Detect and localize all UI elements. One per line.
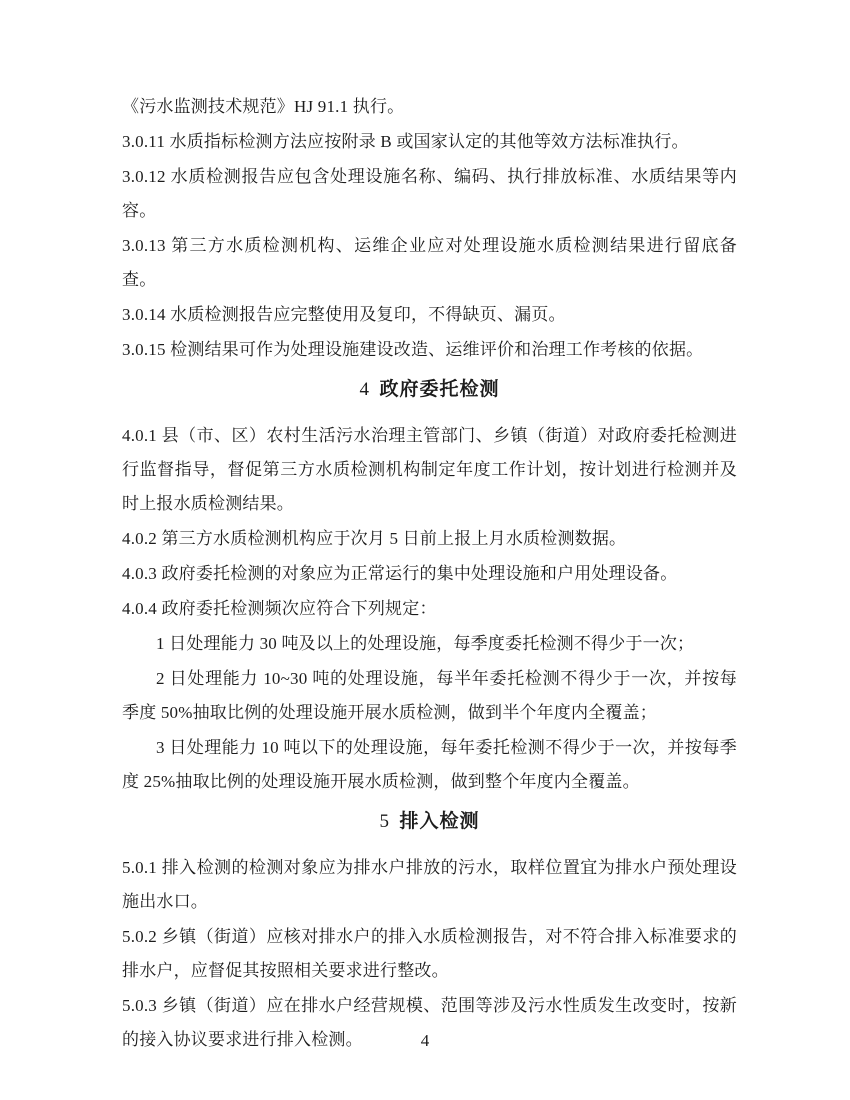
clause-3-0-14: 3.0.14 水质检测报告应完整使用及复印，不得缺页、漏页。 (122, 298, 737, 332)
clause-4-0-1: 4.0.1 县（市、区）农村生活污水治理主管部门、乡镇（街道）对政府委托检测进行… (122, 419, 737, 521)
clause-4-0-4: 4.0.4 政府委托检测频次应符合下列规定： (122, 592, 737, 626)
section-4-number: 4 (360, 379, 370, 400)
clause-3-0-12: 3.0.12 水质检测报告应包含处理设施名称、编码、执行排放标准、水质结果等内容… (122, 160, 737, 228)
clause-3-0-13: 3.0.13 第三方水质检测机构、运维企业应对处理设施水质检测结果进行留底备查。 (122, 229, 737, 297)
section-4-title: 政府委托检测 (379, 379, 499, 400)
clause-4-0-4-item-1: 1 日处理能力 30 吨及以上的处理设施，每季度委托检测不得少于一次； (122, 627, 737, 661)
clause-5-0-1: 5.0.1 排入检测的检测对象应为排水户排放的污水，取样位置宜为排水户预处理设施… (122, 851, 737, 919)
page-number: 4 (0, 1030, 850, 1052)
section-4-heading: 4政府委托检测 (122, 373, 737, 407)
paragraph-continuation-hj-standard: 《污水监测技术规范》HJ 91.1 执行。 (122, 90, 737, 124)
section-5-heading: 5排入检测 (122, 805, 737, 839)
clause-3-0-15: 3.0.15 检测结果可作为处理设施建设改造、运维评价和治理工作考核的依据。 (122, 333, 737, 367)
document-page: 《污水监测技术规范》HJ 91.1 执行。 3.0.11 水质指标检测方法应按附… (0, 0, 850, 1100)
clause-4-0-4-item-2: 2 日处理能力 10~30 吨的处理设施，每半年委托检测不得少于一次，并按每季度… (122, 662, 737, 730)
clause-4-0-2: 4.0.2 第三方水质检测机构应于次月 5 日前上报上月水质检测数据。 (122, 522, 737, 556)
section-5-title: 排入检测 (399, 811, 479, 832)
clause-3-0-11: 3.0.11 水质指标检测方法应按附录 B 或国家认定的其他等效方法标准执行。 (122, 125, 737, 159)
clause-5-0-2: 5.0.2 乡镇（街道）应核对排水户的排入水质检测报告，对不符合排入标准要求的排… (122, 920, 737, 988)
clause-4-0-3: 4.0.3 政府委托检测的对象应为正常运行的集中处理设施和户用处理设备。 (122, 557, 737, 591)
clause-4-0-4-item-3: 3 日处理能力 10 吨以下的处理设施，每年委托检测不得少于一次，并按每季度 2… (122, 731, 737, 799)
section-5-number: 5 (380, 811, 390, 832)
